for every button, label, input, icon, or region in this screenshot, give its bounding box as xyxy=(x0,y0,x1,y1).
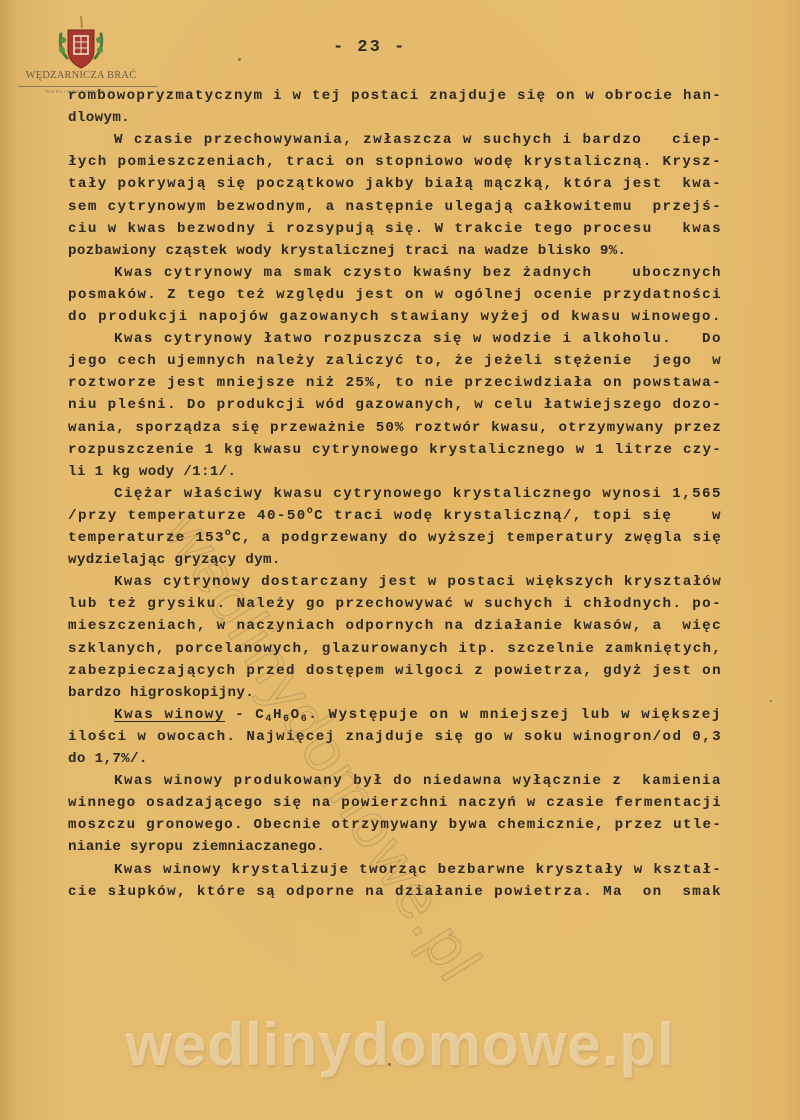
text-line: Kwas cytrynowy łatwo rozpuszcza się w wo… xyxy=(114,330,722,348)
text-line: Kwas cytrynowy ma smak czysto kwaśny bez… xyxy=(114,264,722,282)
text-line: tały pokrywają się początkowo jakby biał… xyxy=(68,175,722,193)
text-line: W czasie przechowywania, zwłaszcza w suc… xyxy=(114,131,722,149)
text-line: do produkcji napojów gazowanych stawiany… xyxy=(68,308,722,326)
text-line: li 1 kg wody /1:1/. xyxy=(68,463,236,481)
text-line: bardzo higroskopijny. xyxy=(68,684,254,702)
text-line: ilości w owocach. Najwięcej znajduje się… xyxy=(68,728,722,746)
text-line: mieszczeniach, w naczyniach odpornych na… xyxy=(68,617,722,635)
text-line: winnego osadzającego się na powierzchni … xyxy=(68,794,722,812)
text-line: nianie syropu ziemniaczanego. xyxy=(68,838,325,856)
text-line: temperaturze 153oC, a podgrzewany do wyż… xyxy=(68,529,722,547)
text-line: do 1,7%/. xyxy=(68,750,148,768)
paper-speck xyxy=(770,700,772,702)
document-body: rombowopryzmatycznym i w tej postaci zna… xyxy=(0,0,800,1120)
text-line: Kwas winowy krystalizuje tworząc bezbarw… xyxy=(114,861,722,879)
text-line: szklanych, porcelanowych, glazurowanych … xyxy=(68,640,722,658)
bottom-watermark: wedlinydomowe.pl xyxy=(0,1010,800,1079)
text-line: moszczu gronowego. Obecnie otrzymywany b… xyxy=(68,816,722,834)
text-line: sem cytrynowym bezwodnym, a następnie ul… xyxy=(68,198,722,216)
text-line: ciu w kwas bezwodny i rozsypują się. W t… xyxy=(68,220,722,238)
text-line: niu pleśni. Do produkcji wód gazowanych,… xyxy=(68,396,722,414)
section-heading: Kwas winowy xyxy=(114,707,225,723)
text-line: rozpuszczenie 1 kg kwasu cytrynowego kry… xyxy=(68,441,722,459)
paper-speck xyxy=(388,1063,391,1066)
text-line: posmaków. Z tego też względu jest on w o… xyxy=(68,286,722,304)
text-line: lub też grysiku. Należy go przechowywać … xyxy=(68,595,722,613)
text-line: łych pomieszczeniach, traci on stopniowo… xyxy=(68,153,722,171)
text-line: Ciężar właściwy kwasu cytrynowego krysta… xyxy=(114,485,722,503)
chemical-formula: C4H6O6 xyxy=(255,707,308,723)
paper-speck xyxy=(238,58,241,61)
text-line: pozbawiony cząstek wody krystalicznej tr… xyxy=(68,242,626,260)
text-line: wania, sporządza się przeważnie 50% rozt… xyxy=(68,419,722,437)
text-line: cie słupków, które są odporne na działan… xyxy=(68,883,722,901)
text-line: Kwas winowy produkowany był do niedawna … xyxy=(114,772,722,790)
text-line: Kwas cytrynowy dostarczany jest w postac… xyxy=(114,573,722,591)
text-line: jego cech ujemnych należy zaliczyć to, ż… xyxy=(68,352,722,370)
text-line: /przy temperaturze 40-50oC traci wodę kr… xyxy=(68,507,722,525)
text-line: roztworze jest mniejsze niż 25%, to nie … xyxy=(68,374,722,392)
text-line: zabezpieczających przed dostępem wilgoci… xyxy=(68,662,722,680)
text-line: Kwas winowy - C4H6O6. Występuje on w mni… xyxy=(114,706,722,724)
text-line: wydzielając gryzący dym. xyxy=(68,551,281,569)
text-line: rombowopryzmatycznym i w tej postaci zna… xyxy=(68,87,722,105)
text-line: dlowym. xyxy=(68,109,130,127)
